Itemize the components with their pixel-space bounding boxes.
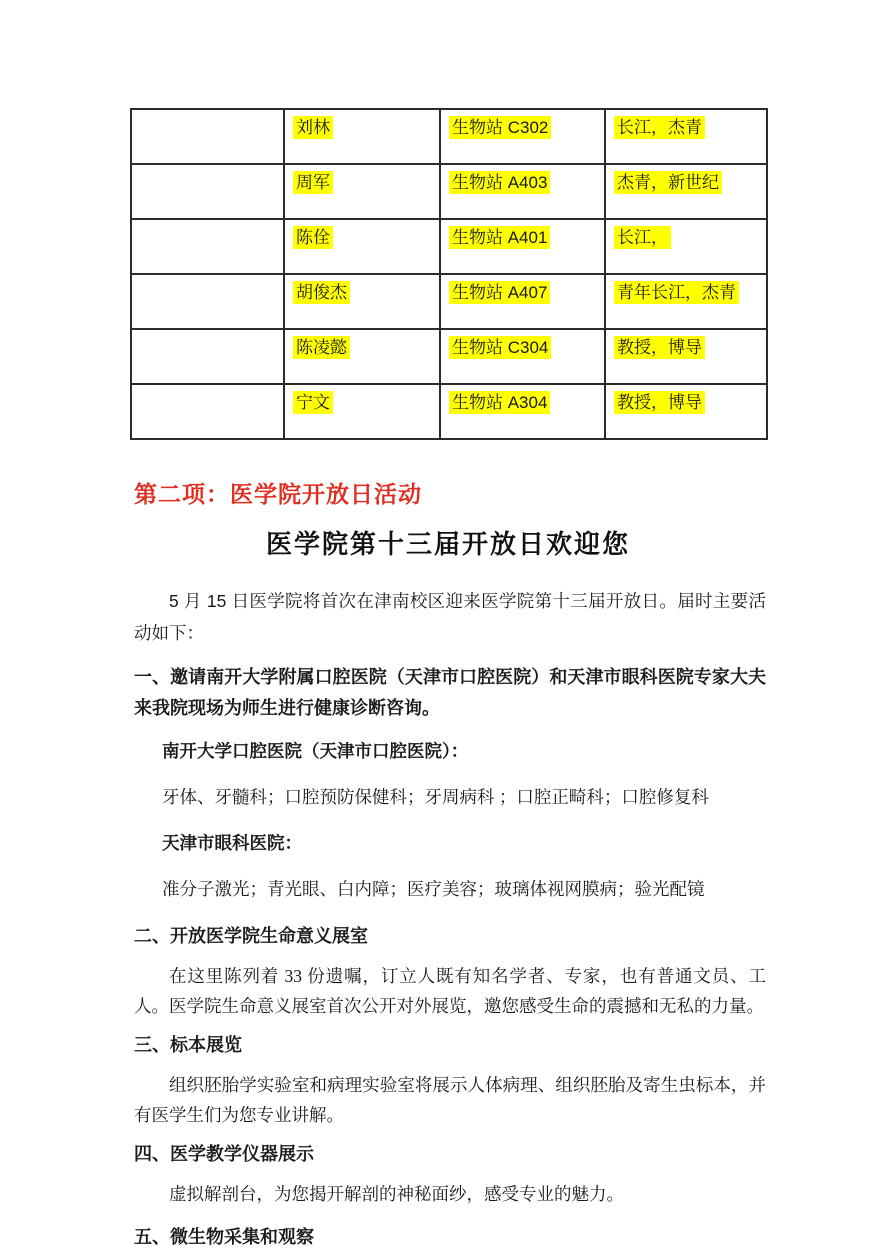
person-name-highlight: 陈佺 — [293, 226, 333, 249]
empty-cell — [131, 329, 284, 384]
item-4-body: 虚拟解剖台，为您揭开解剖的神秘面纱，感受专业的魅力。 — [134, 1180, 766, 1210]
person-name-highlight: 胡俊杰 — [293, 281, 350, 304]
location-highlight: 生物站 A407 — [449, 281, 550, 304]
name-cell: 刘林 — [284, 109, 440, 164]
location-cell: 生物站 A407 — [440, 274, 605, 329]
titles-highlight: 长江， — [614, 226, 671, 249]
item-2-heading: 二、开放医学院生命意义展室 — [134, 921, 766, 953]
name-cell: 周军 — [284, 164, 440, 219]
titles-highlight: 长江，杰青 — [614, 116, 705, 139]
titles-highlight: 杰青，新世纪 — [614, 171, 722, 194]
titles-cell: 教授，博导 — [605, 329, 767, 384]
empty-cell — [131, 274, 284, 329]
table-row: 胡俊杰 生物站 A407 青年长江，杰青 — [131, 274, 767, 329]
location-highlight: 生物站 C302 — [449, 116, 551, 139]
item-4-heading: 四、医学教学仪器展示 — [134, 1139, 766, 1171]
empty-cell — [131, 219, 284, 274]
person-name-highlight: 刘林 — [293, 116, 333, 139]
titles-cell: 杰青，新世纪 — [605, 164, 767, 219]
name-cell: 胡俊杰 — [284, 274, 440, 329]
eye-hospital-subheading: 天津市眼科医院： — [134, 829, 766, 857]
intro-lead-sentence: 5 月 15 日医学院将首次在津南校区迎来医学院第十三届开放日。 — [169, 591, 677, 611]
titles-cell: 长江，杰青 — [605, 109, 767, 164]
empty-cell — [131, 384, 284, 439]
table-row: 陈凌懿 生物站 C304 教授，博导 — [131, 329, 767, 384]
banner-title: 医学院第十三届开放日欢迎您 — [130, 524, 766, 561]
dental-departments-list: 牙体、牙髓科；口腔预防保健科；牙周病科 ；口腔正畸科；口腔修复科 — [134, 783, 766, 811]
name-cell: 陈佺 — [284, 219, 440, 274]
faculty-roster-table: 刘林 生物站 C302 长江，杰青 周军 生物站 A403 杰青，新世纪 陈佺 … — [130, 108, 768, 440]
person-name-highlight: 陈凌懿 — [293, 336, 350, 359]
location-cell: 生物站 A304 — [440, 384, 605, 439]
location-highlight: 生物站 A401 — [449, 226, 550, 249]
location-highlight: 生物站 A403 — [449, 171, 550, 194]
person-name-highlight: 周军 — [293, 171, 333, 194]
item-3-body: 组织胚胎学实验室和病理实验室将展示人体病理、组织胚胎及寄生虫标本，并有医学生们为… — [134, 1071, 766, 1131]
location-highlight: 生物站 A304 — [449, 391, 550, 414]
item-5-heading: 五、微生物采集和观察 — [134, 1222, 766, 1254]
item-2-body: 在这里陈列着 33 份遗嘱，订立人既有知名学者、专家，也有普通文员、工人。医学院… — [134, 962, 766, 1022]
location-cell: 生物站 A403 — [440, 164, 605, 219]
titles-cell: 教授，博导 — [605, 384, 767, 439]
table-row: 刘林 生物站 C302 长江，杰青 — [131, 109, 767, 164]
item-1-heading: 一、邀请南开大学附属口腔医院（天津市口腔医院）和天津市眼科医院专家大夫来我院现场… — [134, 662, 766, 725]
titles-cell: 青年长江，杰青 — [605, 274, 767, 329]
location-cell: 生物站 C304 — [440, 329, 605, 384]
titles-highlight: 教授，博导 — [614, 391, 705, 414]
empty-cell — [131, 164, 284, 219]
name-cell: 宁文 — [284, 384, 440, 439]
item-3-heading: 三、标本展览 — [134, 1030, 766, 1062]
dental-hospital-subheading: 南开大学口腔医院（天津市口腔医院）： — [134, 737, 766, 765]
table-row: 陈佺 生物站 A401 长江， — [131, 219, 767, 274]
titles-cell: 长江， — [605, 219, 767, 274]
document-page: 刘林 生物站 C302 长江，杰青 周军 生物站 A403 杰青，新世纪 陈佺 … — [130, 0, 766, 1254]
location-highlight: 生物站 C304 — [449, 336, 551, 359]
eye-services-list: 准分子激光；青光眼、白内障；医疗美容；玻璃体视网膜病；验光配镜 — [134, 875, 766, 903]
table-row: 周军 生物站 A403 杰青，新世纪 — [131, 164, 767, 219]
person-name-highlight: 宁文 — [293, 391, 333, 414]
name-cell: 陈凌懿 — [284, 329, 440, 384]
empty-cell — [131, 109, 284, 164]
location-cell: 生物站 A401 — [440, 219, 605, 274]
titles-highlight: 教授，博导 — [614, 336, 705, 359]
table-row: 宁文 生物站 A304 教授，博导 — [131, 384, 767, 439]
section-heading: 第二项：医学院开放日活动 — [134, 476, 766, 509]
intro-paragraph: 5 月 15 日医学院将首次在津南校区迎来医学院第十三届开放日。届时主要活动如下… — [134, 585, 766, 650]
titles-highlight: 青年长江，杰青 — [614, 281, 739, 304]
location-cell: 生物站 C302 — [440, 109, 605, 164]
